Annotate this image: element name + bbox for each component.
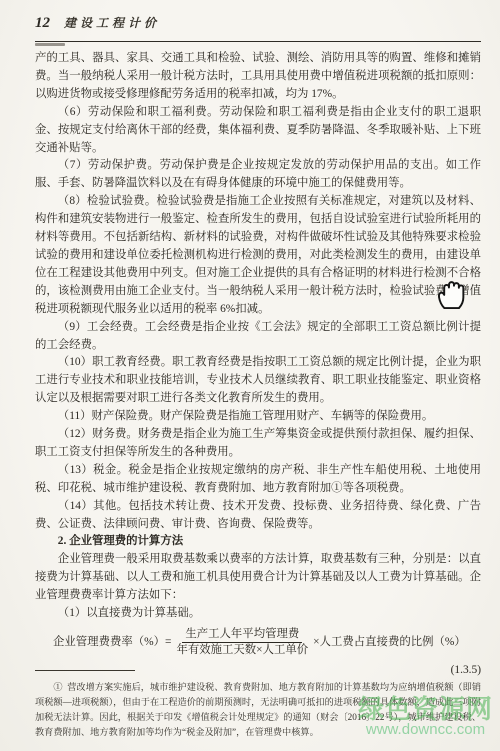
body-paragraph: （9）工会经费。工会经费是指企业按《工会法》规定的全部职工工资总额比例计提的工会… bbox=[35, 319, 481, 355]
body-paragraph: （8）检验试验费。检验试验费是指施工企业按照有关标准规定，对建筑以及材料、构件和… bbox=[35, 193, 481, 318]
section-heading: 2. 企业管理费的计算方法 bbox=[35, 533, 481, 551]
formula-numerator: 生产工人年平均管理费 bbox=[182, 627, 302, 643]
body-paragraph: （14）其他。包括技术转让费、技术开发费、投标费、业务招待费、绿化费、广告费、公… bbox=[35, 498, 481, 534]
body-paragraph: （12）财务费。财务费是指企业为施工生产筹集资金或提供预付款担保、履约担保、职工… bbox=[35, 426, 481, 462]
footnote-rule bbox=[35, 670, 135, 671]
formula-lhs: 企业管理费费率（%）= bbox=[53, 634, 171, 652]
footnote-area: ① 营改增方案实施后，城市维护建设税、教育费附加、地方教育附加的计算基数均为应纳… bbox=[35, 670, 481, 740]
footnote-marker: ① bbox=[53, 682, 62, 692]
header-rule bbox=[35, 41, 481, 42]
formula-denominator: 年有效施工天数×人工单价 bbox=[173, 643, 311, 658]
body-paragraph: 企业管理费一般采用取费基数乘以费率的方法计算，取费基数有三种，分别是：以直接费为… bbox=[35, 551, 481, 605]
footnote: ① 营改增方案实施后，城市维护建设税、教育费附加、地方教育附加的计算基数均为应纳… bbox=[35, 680, 481, 740]
body-paragraph: （13）税金。税金是指企业按规定缴纳的房产税、非生产性车船使用税、土地使用税、印… bbox=[35, 462, 481, 498]
grab-hand-cursor-icon bbox=[435, 274, 466, 310]
management-fee-rate-formula: 企业管理费费率（%）= 生产工人年平均管理费 年有效施工天数×人工单价 ×人工费… bbox=[35, 627, 481, 658]
footnote-text: 营改增方案实施后，城市维护建设税、教育费附加、地方教育附加的计算基数均为应纳增值… bbox=[35, 682, 481, 737]
scanned-book-page: 12 建设工程计价 产的工具、器具、家具、交通工具和检验、试验、测绘、消防用具等… bbox=[0, 0, 500, 751]
book-title: 建设工程计价 bbox=[64, 14, 160, 31]
page-number: 12 bbox=[35, 15, 50, 32]
body-paragraph: （1）以直接费为计算基础。 bbox=[35, 605, 481, 623]
formula-rhs: ×人工费占直接费的比例（%） bbox=[313, 634, 466, 652]
body-paragraph: （10）职工教育经费。职工教育经费是指按职工工资总额的规定比例计提，企业为职工进… bbox=[35, 354, 481, 408]
formula-fraction: 生产工人年平均管理费 年有效施工天数×人工单价 bbox=[173, 627, 311, 658]
body-text: 产的工具、器具、家具、交通工具和检验、试验、测绘、消防用具等的购置、维修和摊销费… bbox=[35, 50, 481, 680]
scan-smudge bbox=[35, 43, 65, 46]
body-paragraph: 产的工具、器具、家具、交通工具和检验、试验、测绘、消防用具等的购置、维修和摊销费… bbox=[35, 50, 481, 104]
page-header: 12 建设工程计价 bbox=[35, 14, 481, 38]
body-paragraph: （6）劳动保险和职工福利费。劳动保险和职工福利费是指由企业支付的职工退职金、按规… bbox=[35, 104, 481, 158]
body-paragraph: （11）财产保险费。财产保险费是指施工管理用财产、车辆等的保险费用。 bbox=[35, 408, 481, 426]
body-paragraph: （7）劳动保护费。劳动保护费是企业按规定发放的劳动保护用品的支出。如工作服、手套… bbox=[35, 157, 481, 193]
